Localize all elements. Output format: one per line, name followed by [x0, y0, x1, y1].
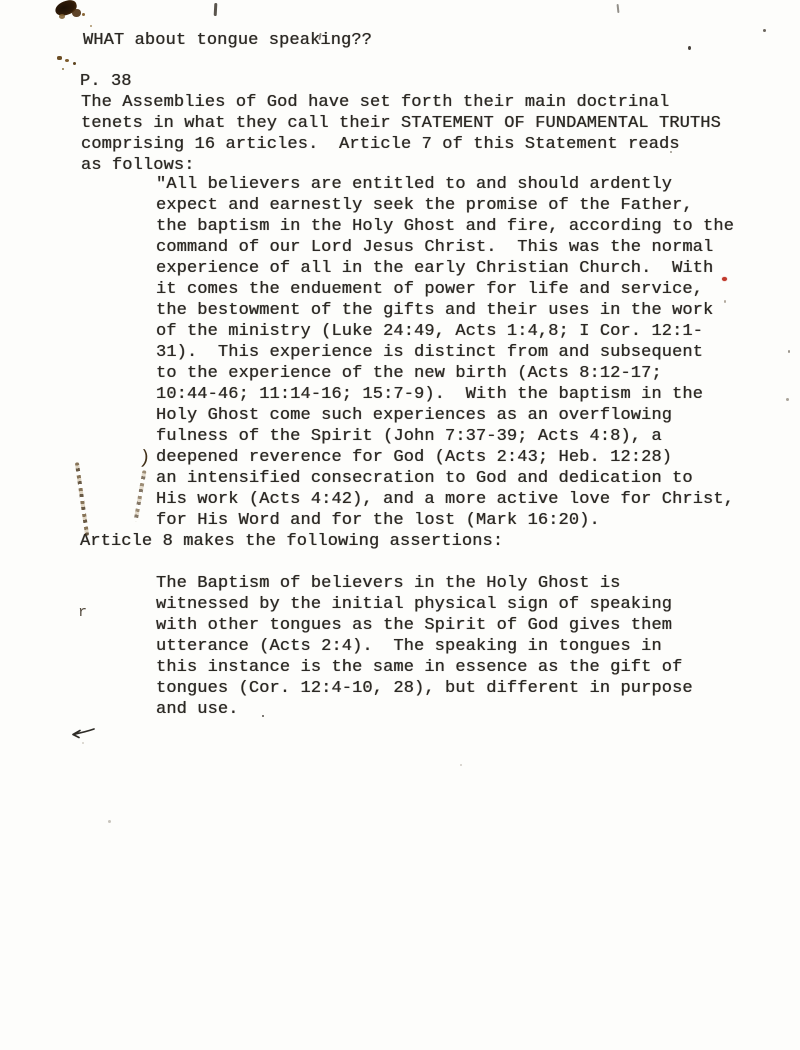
ink-blot: [72, 9, 81, 17]
scan-speck: [788, 350, 790, 353]
scan-speck: [90, 25, 92, 27]
text-line: this instance is the same in essence as …: [156, 657, 693, 678]
scan-speck: [108, 820, 111, 823]
scan-speck: [786, 398, 789, 401]
scan-speck: [724, 300, 726, 303]
text-line: command of our Lord Jesus Christ. This w…: [156, 237, 734, 258]
scan-speck: [65, 59, 69, 62]
text-line: His work (Acts 4:42), and a more active …: [156, 489, 734, 510]
text-line: an intensified consecration to God and d…: [156, 468, 734, 489]
text-line: it comes the enduement of power for life…: [156, 279, 734, 300]
text-line: for His Word and for the lost (Mark 16:2…: [156, 510, 734, 531]
article8-quote-paragraph: The Baptism of believers in the Holy Gho…: [156, 573, 693, 720]
text-line: comprising 16 articles. Article 7 of thi…: [81, 134, 721, 155]
scan-speck: [82, 742, 84, 744]
ink-blot: [59, 14, 65, 19]
scan-speck: [82, 13, 85, 16]
text-line: Holy Ghost come such experiences as an o…: [156, 405, 734, 426]
document-title-block: WHAT about tongue speaking??: [83, 30, 372, 51]
text-line: and use.: [156, 699, 693, 720]
text-line: utterance (Acts 2:4). The speaking in to…: [156, 636, 693, 657]
margin-paren-mark: ): [138, 446, 152, 469]
intro-paragraph: The Assemblies of God have set forth the…: [81, 92, 721, 176]
page-reference-block: P. 38: [80, 71, 132, 92]
text-line: expect and earnestly seek the promise of…: [156, 195, 734, 216]
scan-tick: [214, 3, 218, 16]
margin-streak: [134, 470, 147, 522]
scan-speck: [460, 764, 462, 766]
text-line: of the ministry (Luke 24:49, Acts 1:4,8;…: [156, 321, 734, 342]
scan-speck: [73, 62, 76, 65]
scan-tick: [617, 4, 620, 13]
text-line: The Assemblies of God have set forth the…: [81, 92, 721, 113]
text-line: witnessed by the initial physical sign o…: [156, 594, 693, 615]
scan-speck: [763, 29, 766, 32]
scan-speck: [62, 68, 64, 70]
page-reference: P. 38: [80, 71, 132, 92]
margin-letter-mark: r: [78, 604, 87, 621]
document-title: WHAT about tongue speaking??: [83, 30, 372, 51]
margin-arrow-icon: [68, 725, 96, 741]
text-line: with other tongues as the Spirit of God …: [156, 615, 693, 636]
scan-speck: [688, 46, 691, 50]
text-line: to the experience of the new birth (Acts…: [156, 363, 734, 384]
text-line: 10:44-46; 11:14-16; 15:7-9). With the ba…: [156, 384, 734, 405]
scan-speck: [262, 715, 264, 717]
text-line: The Baptism of believers in the Holy Gho…: [156, 573, 693, 594]
scanned-document-page: WHAT about tongue speaking?? P. 38 The A…: [0, 0, 800, 1050]
article8-lead: Article 8 makes the following assertions…: [80, 531, 503, 552]
margin-streak: [75, 462, 89, 536]
scan-speck: [57, 56, 62, 60]
red-ink-dot: [722, 277, 727, 281]
text-line: tongues (Cor. 12:4-10, 28), but differen…: [156, 678, 693, 699]
article7-quote-paragraph: "All believers are entitled to and shoul…: [156, 174, 734, 531]
text-line: the baptism in the Holy Ghost and fire, …: [156, 216, 734, 237]
text-line: deepened reverence for God (Acts 2:43; H…: [156, 447, 734, 468]
text-line: as follows:: [81, 155, 721, 176]
text-line: the bestowment of the gifts and their us…: [156, 300, 734, 321]
scan-speck: [670, 151, 672, 153]
article8-lead-block: Article 8 makes the following assertions…: [80, 531, 503, 552]
text-line: fulness of the Spirit (John 7:37-39; Act…: [156, 426, 734, 447]
text-line: 31). This experience is distinct from an…: [156, 342, 734, 363]
text-line: "All believers are entitled to and shoul…: [156, 174, 734, 195]
text-line: tenets in what they call their STATEMENT…: [81, 113, 721, 134]
text-line: experience of all in the early Christian…: [156, 258, 734, 279]
